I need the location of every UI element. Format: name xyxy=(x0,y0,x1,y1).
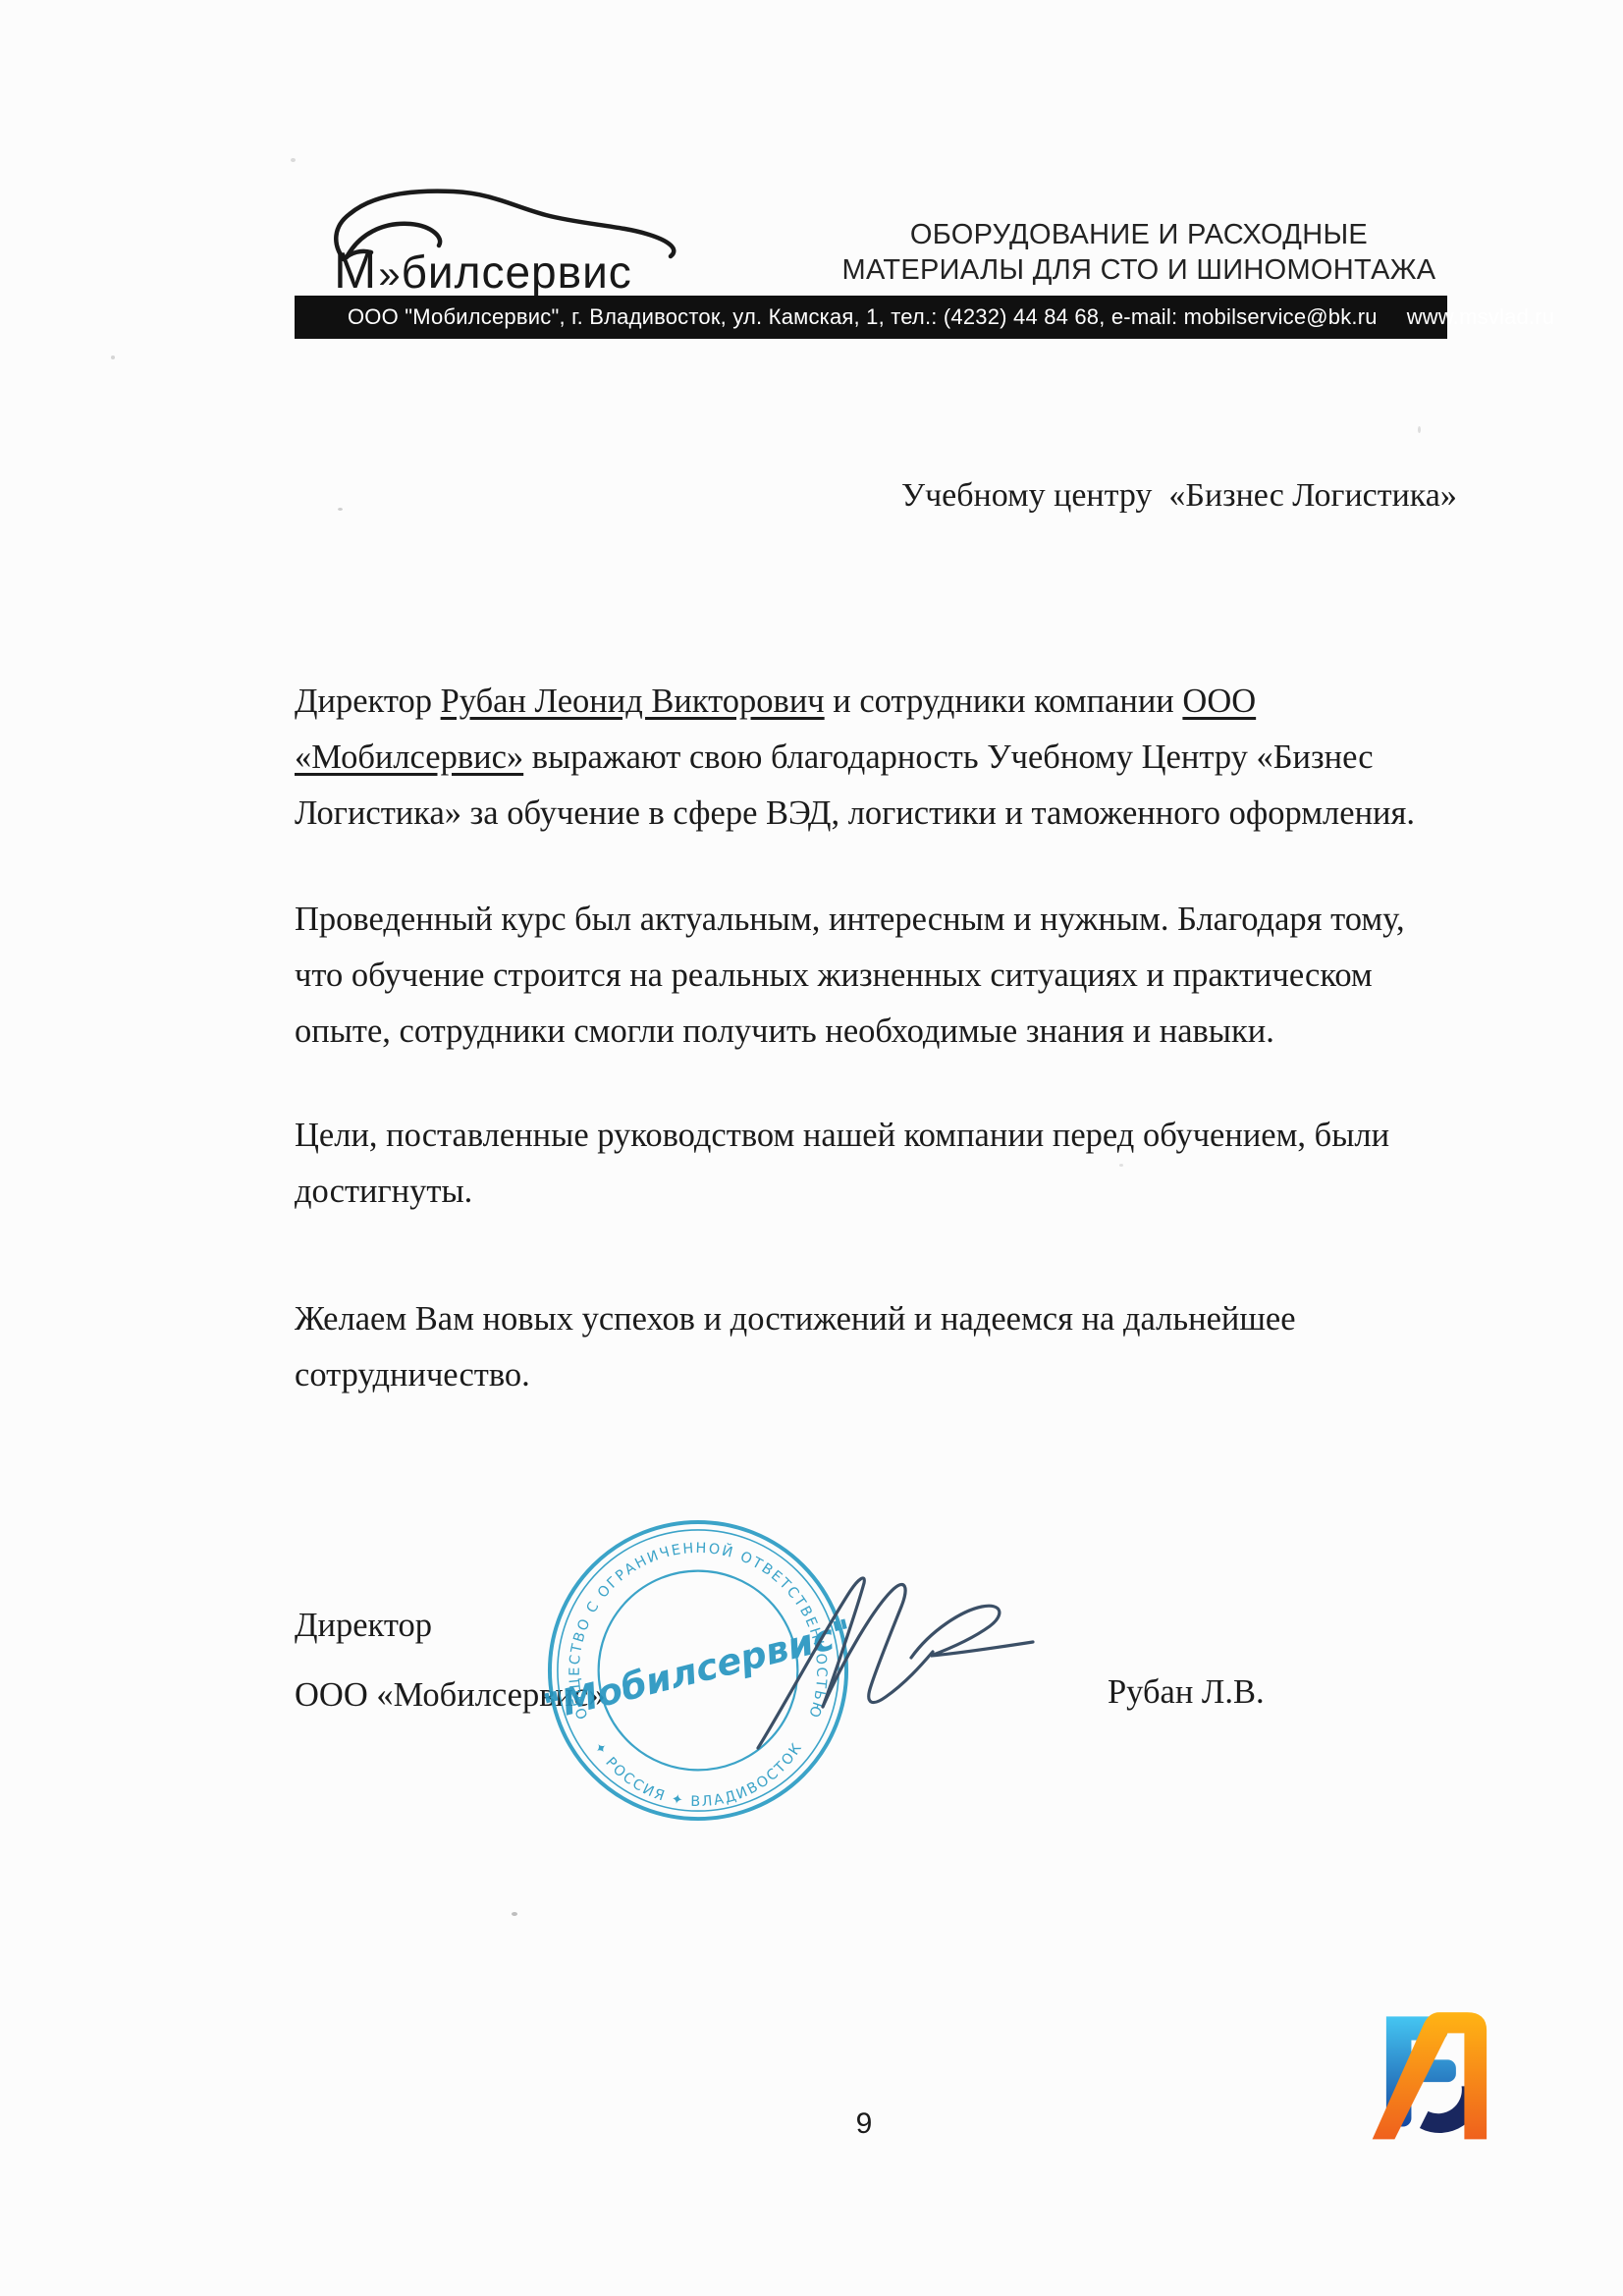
paragraph-course-feedback: Проведенный курс был актуальным, интерес… xyxy=(295,892,1435,1060)
handwritten-signature-icon xyxy=(754,1540,1044,1761)
p1-text: и сотрудники компании xyxy=(825,683,1183,720)
company-tagline: ОБОРУДОВАНИЕ И РАСХОДНЫЕ МАТЕРИАЛЫ ДЛЯ С… xyxy=(825,217,1453,288)
paragraph-wishes: Желаем Вам новых успехов и достижений и … xyxy=(295,1291,1435,1403)
paragraph-goals: Цели, поставленные руководством нашей ко… xyxy=(295,1108,1435,1220)
logo-letter-m: М xyxy=(334,243,377,300)
tagline-line-1: ОБОРУДОВАНИЕ И РАСХОДНЫЕ xyxy=(825,217,1453,252)
scan-speck xyxy=(338,508,343,511)
p1-text: Директор xyxy=(295,683,441,720)
scan-speck xyxy=(1418,426,1421,433)
director-name-underlined: Рубан Леонид Викторович xyxy=(441,683,825,720)
scan-speck xyxy=(512,1912,517,1916)
logo-stylized-o-icon: » xyxy=(377,253,401,297)
tagline-line-2: МАТЕРИАЛЫ ДЛЯ СТО И ШИНОМОНТАЖА xyxy=(825,252,1453,288)
signer-name: Рубан Л.В. xyxy=(1108,1673,1265,1712)
scan-speck xyxy=(111,355,115,359)
contact-info: ООО "Мобилсервис", г. Владивосток, ул. К… xyxy=(348,304,1378,330)
business-logistics-logo-icon xyxy=(1367,2005,1506,2145)
addressee-line: Учебному центру «Бизнес Логистика» xyxy=(901,477,1457,515)
scan-speck xyxy=(1119,1164,1123,1167)
contact-bar: ООО "Мобилсервис", г. Владивосток, ул. К… xyxy=(295,296,1447,339)
signer-role: Директор xyxy=(295,1607,432,1645)
paragraph-gratitude: Директор Рубан Леонид Викторович и сотру… xyxy=(295,674,1435,842)
company-logo: М»билсервис xyxy=(330,187,742,300)
logo-wordmark: М»билсервис xyxy=(334,242,632,301)
scanned-letter-page: М»билсервис ОБОРУДОВАНИЕ И РАСХОДНЫЕ МАТ… xyxy=(0,0,1623,2296)
page-number: 9 xyxy=(825,2107,903,2141)
logo-rest: билсервис xyxy=(402,246,632,298)
website-url: www.msvlad.ru xyxy=(1407,304,1555,330)
scan-speck xyxy=(291,158,296,162)
